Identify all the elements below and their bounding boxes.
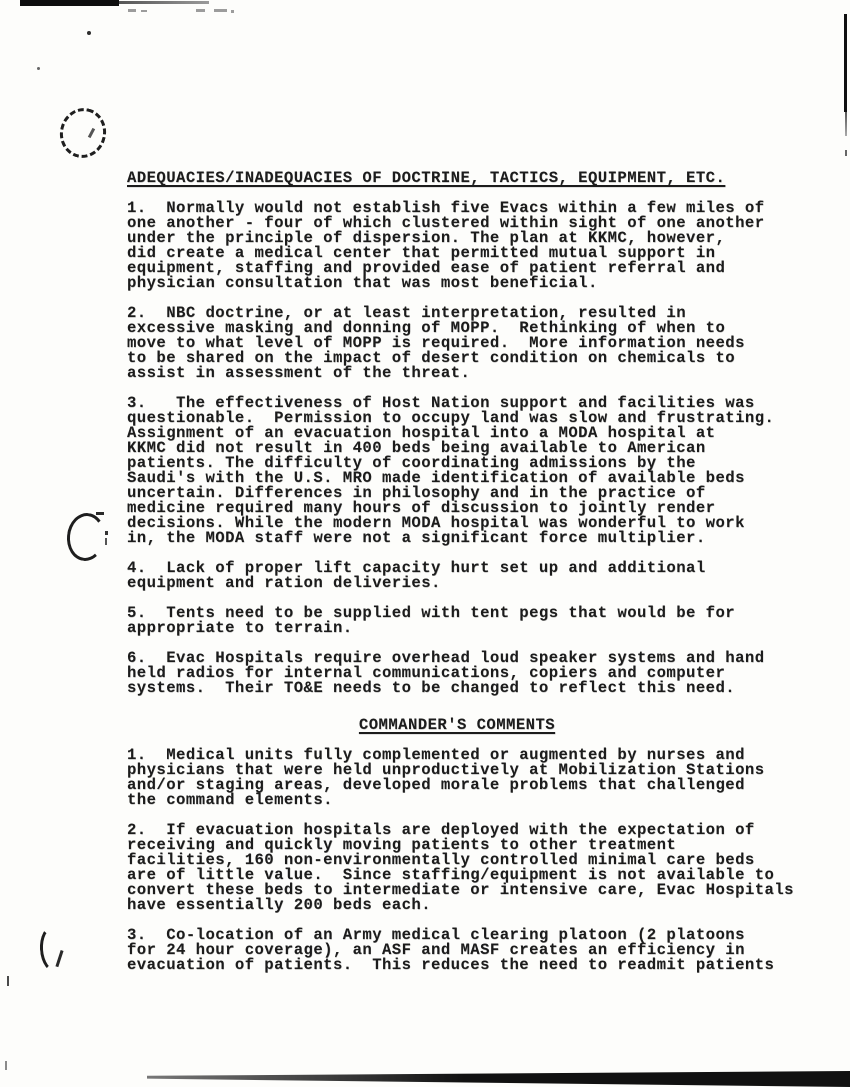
adequacies-paragraph-5: 5. Tents need to be supplied with tent p… [127,606,827,636]
scanned-document-page: ADEQUACIES/INADEQUACIES OF DOCTRINE, TAC… [0,0,850,1087]
section-heading-commanders-comments: COMMANDER'S COMMENTS [127,718,787,733]
handwritten-bottom-paren-mark [38,924,71,974]
ink-speck [37,67,40,70]
scan-smudge [141,10,147,12]
ink-speck [87,31,91,35]
scan-artifact-right-edge-line [844,14,847,112]
ink-speck [105,531,108,535]
ink-speck [105,538,107,545]
commanders-comments-paragraph-2: 2. If evacuation hospitals are deployed … [127,823,827,913]
adequacies-paragraph-1: 1. Normally would not establish five Eva… [127,201,827,291]
adequacies-paragraph-6: 6. Evac Hospitals require overhead loud … [127,651,827,696]
handwritten-margin-paren-tick [96,512,104,515]
commanders-comments-paragraph-3: 3. Co-location of an Army medical cleari… [127,928,827,973]
handwritten-circle-mark [55,104,110,162]
section-heading-adequacies: ADEQUACIES/INADEQUACIES OF DOCTRINE, TAC… [127,171,827,186]
scan-artifact-top-bar-dark [20,0,119,6]
scan-artifact-right-edge-fade [845,112,847,136]
scan-artifact-top-bar-faded [119,1,209,4]
adequacies-paragraph-4: 4. Lack of proper lift capacity hurt set… [127,561,827,591]
adequacies-paragraph-3: 3. The effectiveness of Host Nation supp… [127,396,827,546]
commanders-comments-paragraph-1: 1. Medical units fully complemented or a… [127,748,827,808]
scan-smudge [214,9,227,12]
page-edge-mark [7,976,9,986]
adequacies-paragraph-2: 2. NBC doctrine, or at least interpretat… [127,306,827,381]
handwritten-margin-paren-mark [65,511,108,563]
page-edge-mark [5,1061,7,1070]
scan-artifact-right-edge-dot [845,150,847,156]
document-text-column: ADEQUACIES/INADEQUACIES OF DOCTRINE, TAC… [127,171,827,973]
scan-smudge [128,9,136,12]
scan-smudge [231,10,234,13]
scan-artifact-bottom-bar [147,1071,850,1087]
scan-smudge [196,9,205,12]
